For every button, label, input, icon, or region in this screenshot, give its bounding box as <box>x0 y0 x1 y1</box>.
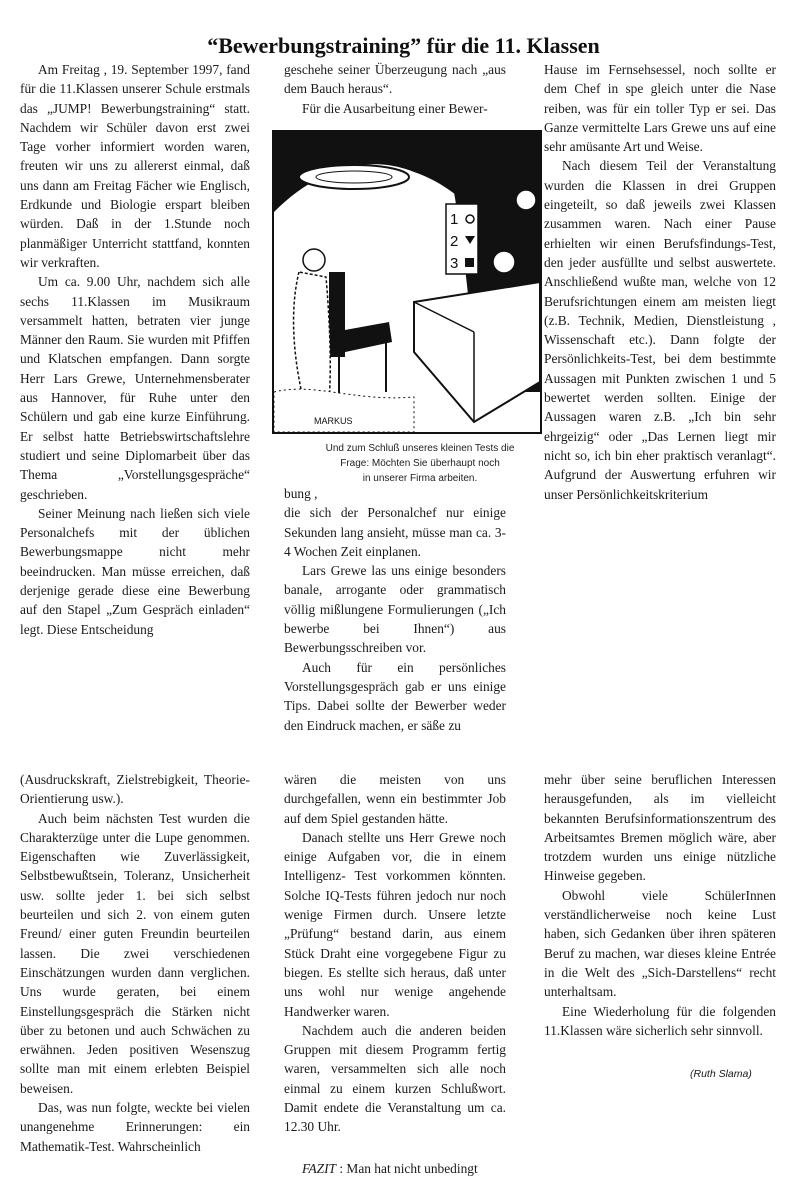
paragraph: Auch für ein persönliches Vorstellungsge… <box>284 658 506 735</box>
cartoon-illustration: 1 2 3 MARKUS <box>272 130 542 434</box>
cartoon-signature: MARKUS <box>314 416 353 426</box>
svg-text:2: 2 <box>450 233 458 250</box>
paragraph: (Ausdruckskraft, Zielstrebigkeit, Theori… <box>20 770 250 809</box>
paragraph: Hause im Fernsehsessel, noch sollte er d… <box>544 60 776 156</box>
paragraph: Danach stellte uns Herr Grewe noch einig… <box>284 828 506 1021</box>
article-title: “Bewerbungstraining” für die 11. Klassen <box>0 33 807 59</box>
paragraph: Nach diesem Teil der Veranstaltung wurde… <box>544 156 776 503</box>
paragraph: wären die meisten von uns durchgefallen,… <box>284 770 506 828</box>
bottom-column-1: (Ausdruckskraft, Zielstrebigkeit, Theori… <box>20 770 250 1156</box>
paragraph: mehr über seine beruflichen Interessen h… <box>544 770 776 886</box>
top-column-3: Hause im Fernsehsessel, noch sollte er d… <box>544 60 776 504</box>
svg-text:3: 3 <box>450 255 458 272</box>
paragraph: Eine Wiederholung für die folgenden 11.K… <box>544 1002 776 1041</box>
caption-line: Und zum Schluß unseres kleinen Tests die <box>300 441 540 456</box>
cartoon-caption: Und zum Schluß unseres kleinen Tests die… <box>300 441 540 486</box>
cartoon-drawing-icon: 1 2 3 MARKUS <box>274 132 540 432</box>
paragraph: geschehe seiner Überzeugung nach „aus de… <box>284 60 506 99</box>
paragraph: Obwohl viele SchülerInnen verständlicher… <box>544 886 776 1002</box>
fazit-text: : Man hat nicht unbedingt <box>336 1161 478 1176</box>
bottom-column-2: wären die meisten von uns durchgefallen,… <box>284 770 506 1178</box>
paragraph: Das, was nun folgte, weckte bei vielen u… <box>20 1098 250 1156</box>
paragraph: die sich der Personalchef nur einige Sek… <box>284 503 506 561</box>
paragraph: Am Freitag , 19. September 1997, fand fü… <box>20 60 250 272</box>
paragraph: Nachdem auch die anderen beiden Gruppen … <box>284 1021 506 1137</box>
paragraph: Lars Grewe las uns einige besonders bana… <box>284 561 506 657</box>
paragraph: Auch beim nächsten Test wurden die Chara… <box>20 809 250 1098</box>
paragraph: bung , <box>284 484 506 503</box>
paragraph: Um ca. 9.00 Uhr, nachdem sich alle sechs… <box>20 272 250 504</box>
fazit-label: FAZIT <box>302 1161 336 1176</box>
top-column-2-upper: geschehe seiner Überzeugung nach „aus de… <box>284 60 506 118</box>
author-byline: (Ruth Slama) <box>690 1068 752 1080</box>
paragraph: Seiner Meinung nach ließen sich viele Pe… <box>20 504 250 639</box>
top-column-2-lower: bung , die sich der Personalchef nur ein… <box>284 484 506 735</box>
svg-text:1: 1 <box>450 211 458 228</box>
caption-line: Frage: Möchten Sie überhaupt noch <box>300 456 540 471</box>
fazit-paragraph: FAZIT : Man hat nicht unbedingt <box>284 1159 506 1178</box>
paragraph: Für die Ausarbeitung einer Bewer- <box>284 99 506 118</box>
bottom-column-3: mehr über seine beruflichen Interessen h… <box>544 770 776 1040</box>
top-column-1: Am Freitag , 19. September 1997, fand fü… <box>20 60 250 639</box>
